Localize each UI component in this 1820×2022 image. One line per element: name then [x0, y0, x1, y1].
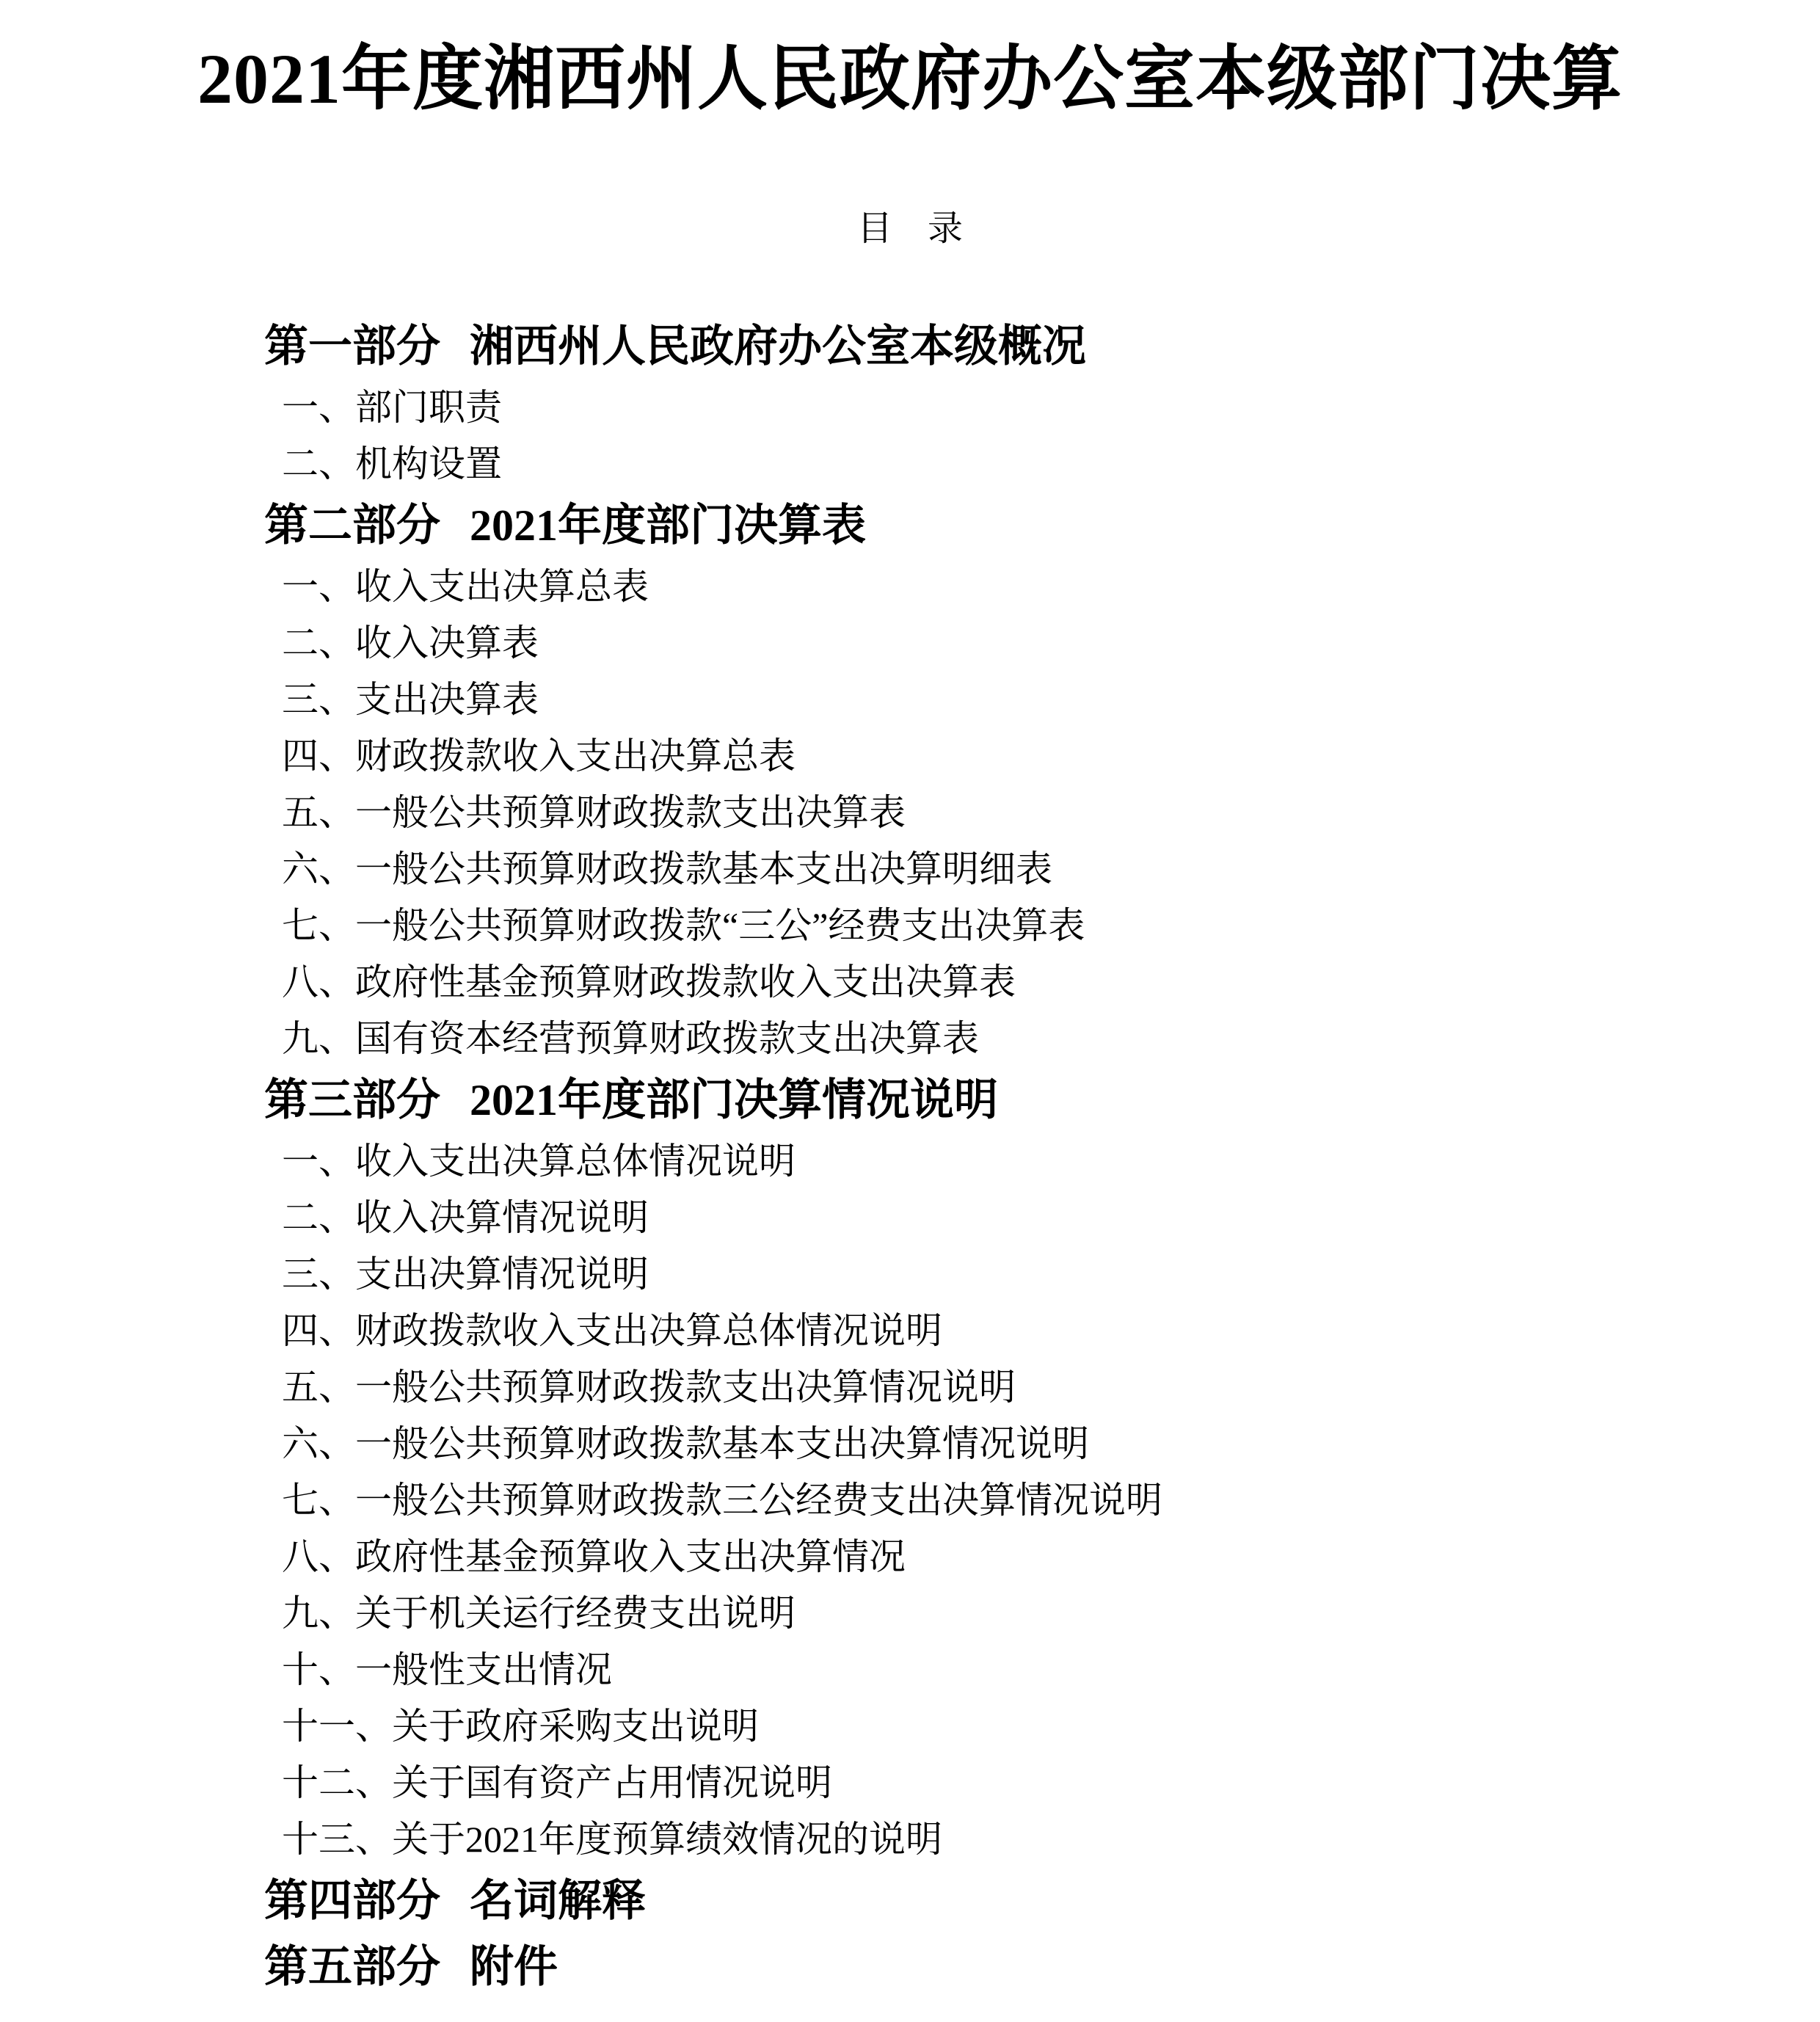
toc-item: 十、一般性支出情况: [264, 1642, 1673, 1698]
toc-heading: 目 录: [0, 200, 1820, 250]
toc-item: 二、收入决算情况说明: [264, 1190, 1673, 1246]
part-title: 湘西州人民政府办公室本级概况: [470, 322, 1086, 371]
toc-item: 九、关于机关运行经费支出说明: [264, 1585, 1673, 1642]
toc-item: 十三、关于2021年度预算绩效情况的说明: [264, 1811, 1673, 1868]
toc-item: 六、一般公共预算财政拨款基本支出决算情况说明: [264, 1416, 1673, 1472]
toc-item: 四、财政拨款收入支出决算总表: [264, 728, 1673, 785]
part-title: 2021年度部门决算情况说明: [470, 1076, 998, 1124]
part-label: 第四部分: [264, 1877, 440, 1925]
toc-item: 五、一般公共预算财政拨款支出决算表: [264, 785, 1673, 841]
part-heading-2: 第二部分2021年度部门决算表: [264, 492, 1673, 559]
part-label: 第三部分: [264, 1076, 440, 1124]
toc-item: 七、一般公共预算财政拨款三公经费支出决算情况说明: [264, 1472, 1673, 1529]
toc-item: 十二、关于国有资产占用情况说明: [264, 1755, 1673, 1811]
toc-item: 一、收入支出决算总表: [264, 559, 1673, 615]
toc-item: 三、支出决算表: [264, 672, 1673, 728]
toc-item: 七、一般公共预算财政拨款“三公”经费支出决算表: [264, 898, 1673, 954]
toc-item: 二、机构设置: [264, 436, 1673, 492]
toc-item: 二、收入决算表: [264, 615, 1673, 672]
toc-item: 五、一般公共预算财政拨款支出决算情况说明: [264, 1359, 1673, 1416]
part-heading-1: 第一部分湘西州人民政府办公室本级概况: [264, 313, 1673, 379]
document-title: 2021年度湘西州人民政府办公室本级部门决算: [0, 31, 1820, 128]
toc-item: 八、政府性基金预算财政拨款收入支出决算表: [264, 954, 1673, 1011]
part-heading-4: 第四部分名词解释: [264, 1868, 1673, 1934]
toc-item: 一、部门职责: [264, 379, 1673, 436]
toc-item: 三、支出决算情况说明: [264, 1246, 1673, 1303]
part-title: 名词解释: [470, 1877, 646, 1925]
document-page: 2021年度湘西州人民政府办公室本级部门决算 目 录 第一部分湘西州人民政府办公…: [0, 0, 1820, 2022]
toc-item: 八、政府性基金预算收入支出决算情况: [264, 1529, 1673, 1585]
table-of-contents: 第一部分湘西州人民政府办公室本级概况 一、部门职责 二、机构设置 第二部分202…: [0, 313, 1820, 2000]
toc-item: 九、国有资本经营预算财政拨款支出决算表: [264, 1011, 1673, 1067]
part-title: 2021年度部门决算表: [470, 501, 866, 550]
toc-item: 六、一般公共预算财政拨款基本支出决算明细表: [264, 841, 1673, 898]
part-label: 第五部分: [264, 1943, 440, 1991]
part-heading-5: 第五部分附件: [264, 1934, 1673, 2000]
part-label: 第一部分: [264, 322, 440, 371]
toc-item: 十一、关于政府采购支出说明: [264, 1698, 1673, 1755]
part-heading-3: 第三部分2021年度部门决算情况说明: [264, 1067, 1673, 1133]
toc-item: 四、财政拨款收入支出决算总体情况说明: [264, 1303, 1673, 1359]
part-title: 附件: [470, 1943, 558, 1991]
toc-item: 一、收入支出决算总体情况说明: [264, 1133, 1673, 1190]
part-label: 第二部分: [264, 501, 440, 550]
